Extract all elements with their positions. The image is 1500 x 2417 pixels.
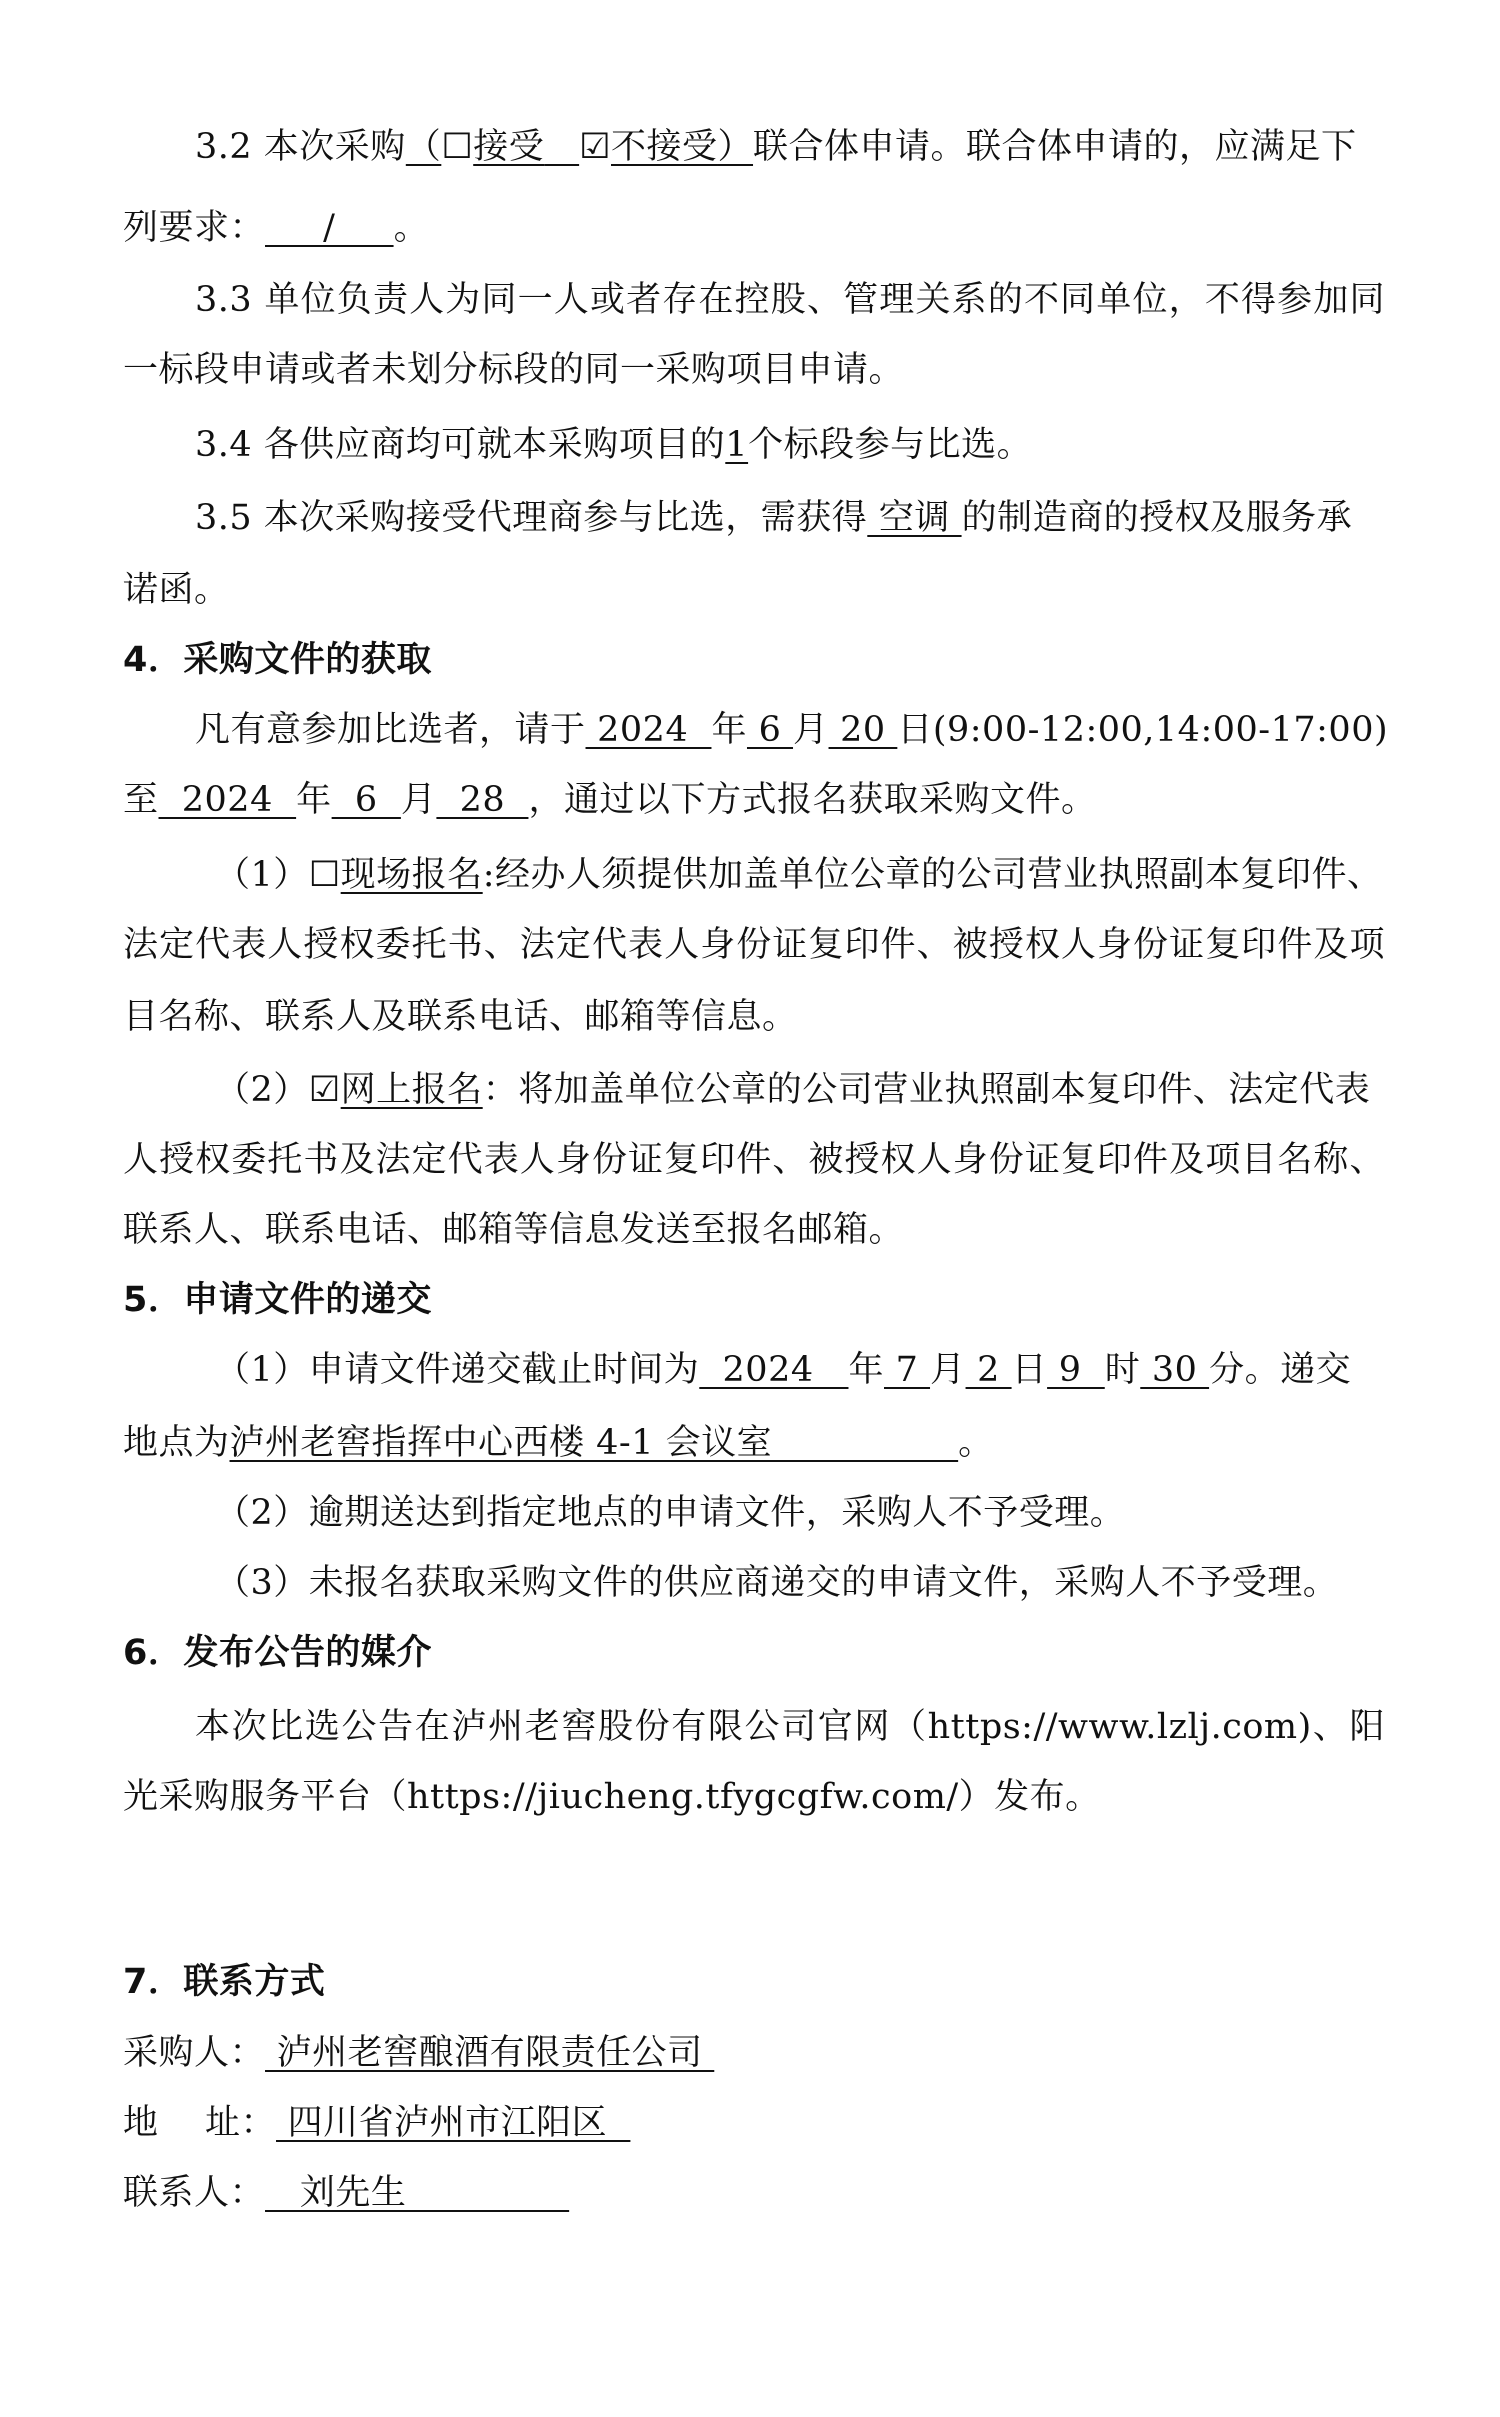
checkbox-checked-icon: ☑ <box>309 1065 341 1115</box>
submission-location: 泸州老窖指挥中心西楼 4-1 会议室 <box>230 1423 959 1463</box>
onsite-registration-line2: 法定代表人授权委托书、法定代表人身份证复印件、被授权人身份证复印件及项 <box>123 920 1385 970</box>
online-registration-line2: 人授权委托书及法定代表人身份证复印件、被授权人身份证复印件及项目名称、 <box>123 1135 1385 1185</box>
deadline-year: 2024 <box>699 1350 848 1390</box>
requirements-blank: / <box>265 208 394 248</box>
media-line1: 本次比选公告在泸州老窖股份有限公司官网（https://www.lzlj.com… <box>195 1702 1385 1752</box>
clause-text: 联合体申请。联合体申请的，应满足下 <box>753 127 1357 167</box>
item-number: （1） <box>215 855 309 895</box>
day-label: 日 <box>897 710 933 750</box>
clause-3-4: 3.4 各供应商均可就本采购项目的1个标段参与比选。 <box>195 420 1385 470</box>
checkbox-unchecked-icon: ☐ <box>309 850 341 900</box>
end-month: 6 <box>332 780 401 820</box>
end-day: 28 <box>436 780 528 820</box>
year-label: 年 <box>711 710 747 750</box>
clause-text: ，通过以下方式报名获取采购文件。 <box>528 780 1096 820</box>
contact-value: 刘先生 <box>265 2173 569 2213</box>
clause-text: 列要求： <box>123 208 265 248</box>
section-7-heading: 7．联系方式 <box>123 1957 1385 2007</box>
section-5-heading: 5．申请文件的递交 <box>123 1275 1385 1325</box>
item-number: （2） <box>215 1070 309 1110</box>
month-label: 月 <box>401 780 437 820</box>
clause-text: 凡有意参加比选者，请于 <box>195 710 586 750</box>
year-label: 年 <box>848 1350 884 1390</box>
late-submission-note: （2）逾期送达到指定地点的申请文件，采购人不予受理。 <box>215 1488 1405 1538</box>
start-month: 6 <box>747 710 793 750</box>
purchaser-label: 采购人： <box>123 2033 265 2073</box>
clause-text: 3.4 各供应商均可就本采购项目的 <box>195 425 725 465</box>
clause-text: 地点为 <box>123 1423 230 1463</box>
deadline-hour: 9 <box>1047 1350 1105 1390</box>
option-title: 现场报名 <box>341 855 483 895</box>
clause-3-2-line1: 3.2 本次采购（☐接受 ☑不接受）联合体申请。联合体申请的，应满足下 <box>195 122 1385 172</box>
clause-3-2-line2: 列要求： / 。 <box>123 203 1385 253</box>
contact-label: 联系人： <box>123 2173 265 2213</box>
clause-text: 。 <box>958 1423 994 1463</box>
media-line2: 光采购服务平台（https://jiucheng.tfygcgfw.com/）发… <box>123 1772 1385 1822</box>
address-row: 地 址： 四川省泸州市江阳区 <box>123 2098 1385 2148</box>
consortium-options: （☐接受 ☑不接受） <box>406 127 753 167</box>
clause-text: 个标段参与比选。 <box>748 425 1032 465</box>
section-6-heading: 6．发布公告的媒介 <box>123 1628 1385 1678</box>
address-label: 地 址： <box>123 2103 276 2143</box>
onsite-registration-option: ☐现场报名 <box>309 855 483 895</box>
clause-text: 3.2 本次采购 <box>195 127 406 167</box>
purchaser-row: 采购人： 泸州老窖酿酒有限责任公司 <box>123 2028 1385 2078</box>
purchaser-value: 泸州老窖酿酒有限责任公司 <box>265 2033 714 2073</box>
deadline-minute: 30 <box>1140 1350 1209 1390</box>
online-registration-line3: 联系人、联系电话、邮箱等信息发送至报名邮箱。 <box>123 1205 1385 1255</box>
clause-text: ：将加盖单位公章的公司营业执照副本复印件、法定代表 <box>483 1070 1371 1110</box>
day-label: 日 <box>1012 1350 1048 1390</box>
lot-count: 1 <box>725 425 748 465</box>
product-name: 空调 <box>867 498 961 538</box>
clause-text: :经办人须提供加盖单位公章的公司营业执照副本复印件、 <box>483 855 1383 895</box>
checkbox-unchecked-icon: ☐ <box>441 122 473 172</box>
clause-3-3-line1: 3.3 单位负责人为同一人或者存在控股、管理关系的不同单位，不得参加同 <box>195 275 1385 325</box>
online-registration-line1: （2）☑网上报名：将加盖单位公章的公司营业执照副本复印件、法定代表 <box>215 1065 1405 1115</box>
clause-text: 的制造商的授权及服务承 <box>962 498 1353 538</box>
deadline-month: 7 <box>884 1350 930 1390</box>
unregistered-submission-note: （3）未报名获取采购文件的供应商递交的申请文件，采购人不予受理。 <box>215 1558 1405 1608</box>
accept-option-label: 接受 <box>473 127 544 167</box>
deadline-day: 2 <box>966 1350 1012 1390</box>
hour-label: 时 <box>1105 1350 1141 1390</box>
clause-text: 。 <box>394 208 430 248</box>
acquisition-period-line2: 至 2024 年 6 月 28 ，通过以下方式报名获取采购文件。 <box>123 775 1385 825</box>
checkbox-checked-icon: ☑ <box>579 122 611 172</box>
section-4-heading: 4．采购文件的获取 <box>123 635 1385 685</box>
paren: （ <box>406 127 442 167</box>
address-value: 四川省泸州市江阳区 <box>276 2103 630 2143</box>
clause-text: （1）申请文件递交截止时间为 <box>215 1350 699 1390</box>
acquisition-period-line1: 凡有意参加比选者，请于 2024 年 6 月 20 日(9:00-12:00,1… <box>195 705 1385 755</box>
clause-3-5-line2: 诺函。 <box>123 565 1385 615</box>
clause-3-5-line1: 3.5 本次采购接受代理商参与比选，需获得 空调 的制造商的授权及服务承 <box>195 493 1385 543</box>
online-registration-option: 网上报名 <box>341 1070 483 1110</box>
month-label: 月 <box>793 710 829 750</box>
paren: ） <box>718 127 754 167</box>
contact-row: 联系人： 刘先生 <box>123 2168 1385 2218</box>
office-hours: (9:00-12:00,14:00-17:00) <box>933 710 1388 750</box>
clause-text: 至 <box>123 780 159 820</box>
onsite-registration-line1: （1）☐现场报名:经办人须提供加盖单位公章的公司营业执照副本复印件、 <box>215 850 1405 900</box>
end-year: 2024 <box>159 780 297 820</box>
reject-option-label: 不接受 <box>611 127 718 167</box>
month-label: 月 <box>930 1350 966 1390</box>
year-label: 年 <box>296 780 332 820</box>
clause-text: 3.5 本次采购接受代理商参与比选，需获得 <box>195 498 867 538</box>
clause-3-3-line2: 一标段申请或者未划分标段的同一采购项目申请。 <box>123 345 1385 395</box>
deadline-line2: 地点为泸州老窖指挥中心西楼 4-1 会议室 。 <box>123 1418 1385 1468</box>
onsite-registration-line3: 目名称、联系人及联系电话、邮箱等信息。 <box>123 992 1385 1042</box>
start-day: 20 <box>829 710 898 750</box>
clause-text: 分。递交 <box>1209 1350 1351 1390</box>
deadline-line1: （1）申请文件递交截止时间为 2024 年 7 月 2 日 9 时 30 分。递… <box>215 1345 1405 1395</box>
start-year: 2024 <box>586 710 712 750</box>
